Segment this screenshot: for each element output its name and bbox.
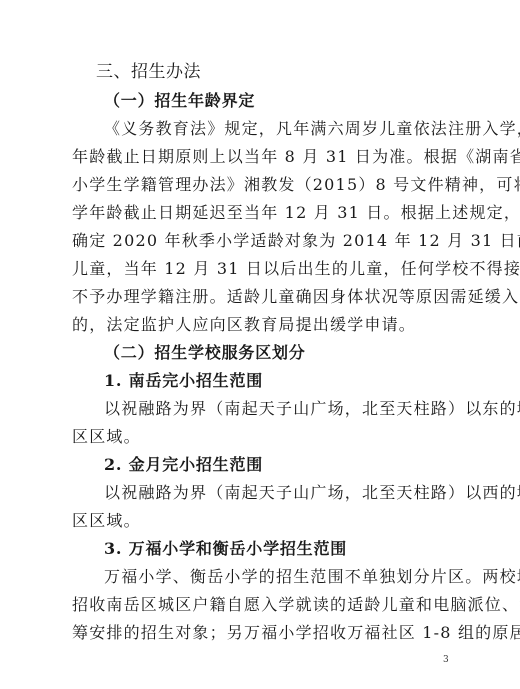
paragraph-line: 不予办理学籍注册。适龄儿童确因身体状况等原因需延缓入学 [72,287,450,307]
paragraph-line: 以祝融路为界（南起天子山广场，北至天柱路）以东的城 [104,399,450,419]
subsection-heading-age: （一）招生年龄界定 [104,91,482,111]
paragraph-line: 区区域。 [72,511,450,531]
page-number: 3 [443,655,449,665]
paragraph-line: 小学生学籍管理办法》湘教发（2015）8 号文件精神，可将入 [72,175,450,195]
paragraph-line: 确定 2020 年秋季小学适龄对象为 2014 年 12 月 31 日前出生的 [72,231,450,251]
item-title-wanfu-hengyue: 3. 万福小学和衡岳小学招生范围 [104,539,482,559]
paragraph-line: 的，法定监护人应向区教育局提出缓学申请。 [72,315,450,335]
document-page: 三、招生办法 （一）招生年龄界定 《义务教育法》规定，凡年满六周岁儿童依法注册入… [0,0,520,689]
paragraph-line: 万福小学、衡岳小学的招生范围不单独划分片区。两校均 [104,567,450,587]
item-title-nanyue: 1. 南岳完小招生范围 [104,371,482,391]
item-title-jinyue: 2. 金月完小招生范围 [104,455,482,475]
paragraph-line: 年龄截止日期原则上以当年 8 月 31 日为准。根据《湖南省中 [72,147,450,167]
section-title: 三、招生办法 [96,62,474,82]
paragraph-line: 学年龄截止日期延迟至当年 12 月 31 日。根据上述规定，我区 [72,203,450,223]
paragraph-line: 招收南岳区城区户籍自愿入学就读的适龄儿童和电脑派位、统 [72,595,450,615]
paragraph-line: 筹安排的招生对象；另万福小学招收万福社区 1-8 组的原居民 [72,623,450,643]
paragraph-line: 以祝融路为界（南起天子山广场，北至天柱路）以西的城 [104,483,450,503]
paragraph-line: 《义务教育法》规定，凡年满六周岁儿童依法注册入学， [104,119,450,139]
subsection-heading-zones: （二）招生学校服务区划分 [104,343,482,363]
paragraph-line: 儿童，当年 12 月 31 日以后出生的儿童，任何学校不得接收， [72,259,450,279]
paragraph-line: 区区域。 [72,427,450,447]
